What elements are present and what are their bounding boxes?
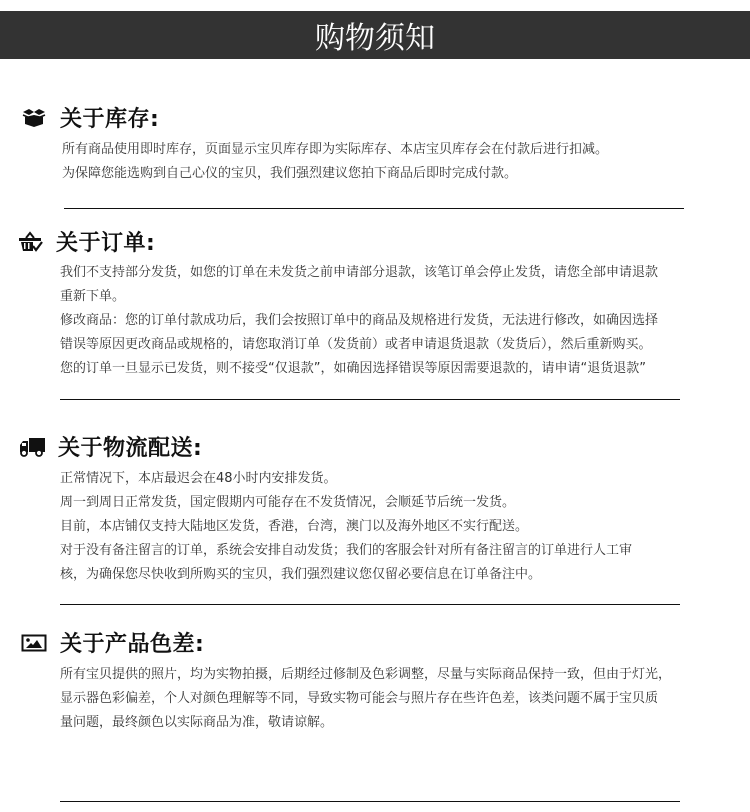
section-header: 关于库存: (20, 102, 159, 133)
divider (64, 208, 684, 209)
section-title: 关于订单: (56, 226, 155, 257)
page-title: 购物须知 (315, 13, 435, 57)
paragraph-line: 您的订单一旦显示已发货，则不接受“仅退款”，如确因选择错误等原因需要退款的，请申… (60, 357, 658, 381)
section-header: 关于订单: (16, 226, 155, 257)
paragraph-line: 对于没有备注留言的订单，系统会安排自动发货；我们的客服会针对所有备注留言的订单进… (60, 539, 632, 563)
section-body: 所有宝贝提供的照片，均为实物拍摄，后期经过修制及色彩调整，尽量与实际商品保持一致… (60, 663, 671, 735)
paragraph-line: 核，为确保您尽快收到所购买的宝贝，我们强烈建议您仅留必要信息在订单备注中。 (60, 563, 632, 587)
divider (60, 399, 680, 400)
paragraph-line: 周一到周日正常发货，国定假期内可能存在不发货情况，会顺延节后统一发货。 (60, 491, 632, 515)
paragraph-line: 目前，本店铺仅支持大陆地区发货，香港，台湾，澳门以及海外地区不实行配送。 (60, 515, 632, 539)
paragraph-line: 为保障您能选购到自己心仪的宝贝，我们强烈建议您拍下商品后即时完成付款。 (62, 162, 608, 186)
picture-icon (20, 632, 48, 654)
paragraph-line: 正常情况下，本店最迟会在48小时内安排发货。 (60, 467, 632, 491)
section-title: 关于库存: (60, 102, 159, 133)
paragraph-line: 修改商品：您的订单付款成功后，我们会按照订单中的商品及规格进行发货，无法进行修改… (60, 309, 658, 333)
section-body: 我们不支持部分发货，如您的订单在未发货之前申请部分退款，该笔订单会停止发货，请您… (60, 261, 658, 381)
divider (60, 604, 680, 605)
section-title: 关于物流配送: (58, 431, 202, 462)
paragraph-line: 所有宝贝提供的照片，均为实物拍摄，后期经过修制及色彩调整，尽量与实际商品保持一致… (60, 663, 671, 687)
paragraph-line: 显示器色彩偏差，个人对颜色理解等不同，导致实物可能会与照片存在些许色差，该类问题… (60, 687, 671, 711)
open-box-icon (20, 107, 48, 129)
basket-check-icon (16, 231, 44, 253)
section-header: 关于产品色差: (20, 627, 204, 658)
section-header: 关于物流配送: (18, 431, 202, 462)
delivery-truck-icon (18, 436, 46, 458)
paragraph-line: 所有商品使用即时库存，页面显示宝贝库存即为实际库存、本店宝贝库存会在付款后进行扣… (62, 138, 608, 162)
paragraph-line: 错误等原因更改商品或规格的，请您取消订单（发货前）或者申请退货退款（发货后），然… (60, 333, 658, 357)
paragraph-line: 量问题，最终颜色以实际商品为准，敬请谅解。 (60, 711, 671, 735)
section-body: 所有商品使用即时库存，页面显示宝贝库存即为实际库存、本店宝贝库存会在付款后进行扣… (62, 138, 608, 186)
divider (60, 801, 680, 802)
section-body: 正常情况下，本店最迟会在48小时内安排发货。 周一到周日正常发货，国定假期内可能… (60, 467, 632, 587)
paragraph-line: 重新下单。 (60, 285, 658, 309)
paragraph-line: 我们不支持部分发货，如您的订单在未发货之前申请部分退款，该笔订单会停止发货，请您… (60, 261, 658, 285)
section-title: 关于产品色差: (60, 627, 204, 658)
header-bar: 购物须知 (0, 11, 750, 59)
